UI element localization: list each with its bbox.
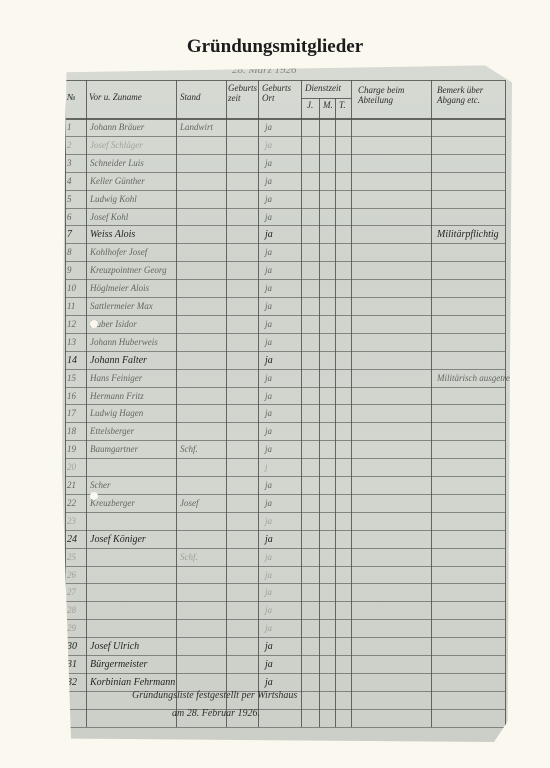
- row-number: 18: [67, 426, 76, 436]
- member-birthplace: ja: [265, 516, 272, 526]
- member-name: Baumgartner: [90, 444, 138, 454]
- member-birthplace: ja: [265, 570, 272, 580]
- member-birthplace: j: [265, 462, 268, 472]
- member-birthplace: ja: [265, 355, 273, 366]
- row-divider: [65, 208, 505, 209]
- member-birthplace: ja: [265, 337, 272, 347]
- table-border: [65, 80, 505, 81]
- row-divider: [65, 583, 505, 584]
- member-name: Hans Feiniger: [90, 373, 142, 383]
- member-birthplace: ja: [265, 301, 272, 311]
- member-remark: Militärisch ausgetreten: [437, 373, 521, 383]
- row-divider: [65, 494, 505, 495]
- member-name: Keller Günther: [90, 176, 145, 186]
- row-divider: [65, 440, 505, 441]
- column-divider: [351, 80, 352, 727]
- column-divider: [431, 80, 432, 727]
- member-birthplace: ja: [265, 229, 273, 240]
- row-number: 16: [67, 391, 76, 401]
- member-name: Ludwig Hagen: [90, 408, 143, 418]
- row-divider: [65, 601, 505, 602]
- header-divider: [65, 118, 505, 120]
- member-stand: Schf.: [180, 444, 198, 454]
- header-charge: Charge beim Abteilung: [358, 85, 430, 105]
- member-name: Weiss Alois: [90, 229, 135, 240]
- member-name: Scher: [90, 480, 111, 490]
- row-number: 7: [67, 229, 72, 240]
- column-divider: [301, 80, 302, 727]
- column-divider: [319, 98, 320, 727]
- row-divider: [65, 243, 505, 244]
- member-stand: Schf.: [180, 552, 198, 562]
- member-name: Schneider Luis: [90, 158, 144, 168]
- member-birthplace: ja: [265, 498, 272, 508]
- row-divider: [65, 136, 505, 137]
- row-divider: [65, 404, 505, 405]
- row-divider: [65, 476, 505, 477]
- row-number: 1: [67, 122, 72, 132]
- row-number: 2: [67, 140, 72, 150]
- member-name: Kohlhofer Josef: [90, 247, 147, 257]
- member-stand: Landwirt: [180, 122, 213, 132]
- row-number: 3: [67, 158, 72, 168]
- member-name: Johann Bräuer: [90, 122, 144, 132]
- member-birthplace: ja: [265, 623, 272, 633]
- row-divider: [65, 530, 505, 531]
- column-divider: [335, 98, 336, 727]
- row-divider: [65, 154, 505, 155]
- row-divider: [65, 619, 505, 620]
- member-birthplace: ja: [265, 408, 272, 418]
- row-divider: [65, 512, 505, 513]
- member-name: Johann Falter: [90, 355, 147, 366]
- row-number: 17: [67, 408, 76, 418]
- column-divider: [176, 80, 177, 727]
- member-birthplace: ja: [265, 391, 272, 401]
- row-number: 8: [67, 247, 72, 257]
- member-name: Korbinian Fehrmann: [90, 677, 175, 688]
- member-birthplace: ja: [265, 426, 272, 436]
- row-divider: [65, 315, 505, 316]
- row-number: 21: [67, 480, 76, 490]
- row-divider: [65, 458, 505, 459]
- footer-note-line1: Gründungsliste festgestellt per Wirtshau…: [132, 690, 297, 701]
- member-name: Josef Kohl: [90, 212, 128, 222]
- member-name: Josef Königer: [90, 534, 146, 545]
- row-divider: [65, 351, 505, 352]
- row-number: 10: [67, 283, 76, 293]
- row-number: 12: [67, 319, 76, 329]
- member-birthplace: ja: [265, 552, 272, 562]
- row-number: 29: [67, 623, 76, 633]
- row-divider: [65, 369, 505, 370]
- header-bemerkung: Bemerk über Abgang etc.: [437, 85, 503, 105]
- row-divider: [65, 387, 505, 388]
- member-birthplace: ja: [265, 677, 273, 688]
- row-number: 28: [67, 605, 76, 615]
- header-dienst-m: M.: [323, 100, 333, 110]
- row-number: 14: [67, 355, 77, 366]
- row-number: 32: [67, 677, 77, 688]
- row-divider: [65, 422, 505, 423]
- member-name: Bürgermeister: [90, 659, 147, 670]
- member-name: Kreuzpointner Georg: [90, 265, 167, 275]
- member-table: № Vor u. Zuname Stand Geburts zeit Gebur…: [65, 80, 505, 727]
- column-divider: [258, 80, 259, 727]
- member-birthplace: ja: [265, 194, 272, 204]
- row-number: 22: [67, 498, 76, 508]
- row-number: 9: [67, 265, 72, 275]
- member-birthplace: ja: [265, 587, 272, 597]
- member-birthplace: ja: [265, 659, 273, 670]
- row-number: 24: [67, 534, 77, 545]
- header-dienst-j: J.: [307, 100, 313, 110]
- footer-note-line2: am 28. Februar 1926.: [172, 708, 260, 719]
- column-divider: [505, 80, 506, 727]
- member-birthplace: ja: [265, 158, 272, 168]
- member-birthplace: ja: [265, 140, 272, 150]
- row-divider: [65, 548, 505, 549]
- member-name: Sattlermeier Max: [90, 301, 153, 311]
- row-number: 25: [67, 552, 76, 562]
- member-remark: Militärpflichtig: [437, 229, 499, 240]
- row-number: 31: [67, 659, 77, 670]
- member-birthplace: ja: [265, 212, 272, 222]
- row-number: 19: [67, 444, 76, 454]
- header-stand: Stand: [180, 92, 201, 102]
- punch-hole: [90, 320, 98, 328]
- row-number: 5: [67, 194, 72, 204]
- column-divider: [226, 80, 227, 727]
- member-name: Hermann Fritz: [90, 391, 144, 401]
- document-date: 28. März 1926: [232, 64, 296, 76]
- row-divider: [65, 279, 505, 280]
- row-divider: [65, 333, 505, 334]
- member-birthplace: ja: [265, 534, 273, 545]
- punch-hole: [90, 492, 98, 500]
- header-dienst-t: T.: [339, 100, 346, 110]
- row-divider: [65, 225, 505, 226]
- header-name: Vor u. Zuname: [89, 92, 169, 102]
- row-number: 11: [67, 301, 75, 311]
- row-divider: [65, 261, 505, 262]
- row-divider: [65, 709, 505, 710]
- member-name: Ludwig Kohl: [90, 194, 137, 204]
- member-name: Josef Schläger: [90, 140, 143, 150]
- row-number: 6: [67, 212, 72, 222]
- row-divider: [65, 566, 505, 567]
- dienstzeit-subdivider: [301, 98, 351, 99]
- row-divider: [65, 297, 505, 298]
- member-name: Ettelsberger: [90, 426, 134, 436]
- row-number: 15: [67, 373, 76, 383]
- member-birthplace: ja: [265, 641, 273, 652]
- row-number: 26: [67, 570, 76, 580]
- row-divider: [65, 655, 505, 656]
- header-geburtsort: Geburts Ort: [262, 83, 298, 103]
- member-birthplace: ja: [265, 605, 272, 615]
- row-divider: [65, 172, 505, 173]
- member-birthplace: ja: [265, 176, 272, 186]
- member-birthplace: ja: [265, 444, 272, 454]
- row-divider: [65, 637, 505, 638]
- column-divider: [86, 80, 87, 727]
- member-name: Höglmeier Alois: [90, 283, 149, 293]
- row-number: 4: [67, 176, 72, 186]
- member-birthplace: ja: [265, 247, 272, 257]
- row-divider: [65, 745, 505, 746]
- member-name: Josef Ulrich: [90, 641, 139, 652]
- row-number: 20: [67, 462, 76, 472]
- member-stand: Josef: [180, 498, 199, 508]
- row-number: 30: [67, 641, 77, 652]
- row-divider: [65, 727, 505, 728]
- row-number: 27: [67, 587, 76, 597]
- member-name: Johann Huberweis: [90, 337, 158, 347]
- member-birthplace: ja: [265, 265, 272, 275]
- row-divider: [65, 190, 505, 191]
- column-divider: [65, 80, 66, 727]
- member-name: Kreuzberger: [90, 498, 135, 508]
- document-scan: 28. März 1926 № Vor u. Zuname Stand Gebu…: [62, 62, 512, 742]
- member-birthplace: ja: [265, 283, 272, 293]
- row-number: 23: [67, 516, 76, 526]
- header-dienstzeit: Dienstzeit: [305, 83, 341, 93]
- member-birthplace: ja: [265, 319, 272, 329]
- member-birthplace: ja: [265, 373, 272, 383]
- member-birthplace: ja: [265, 480, 272, 490]
- member-birthplace: ja: [265, 122, 272, 132]
- header-nr: №: [67, 92, 76, 102]
- row-number: 13: [67, 337, 76, 347]
- page-title: Gründungsmitglieder: [0, 36, 550, 58]
- row-divider: [65, 673, 505, 674]
- header-geburtszeit: Geburts zeit: [228, 83, 258, 103]
